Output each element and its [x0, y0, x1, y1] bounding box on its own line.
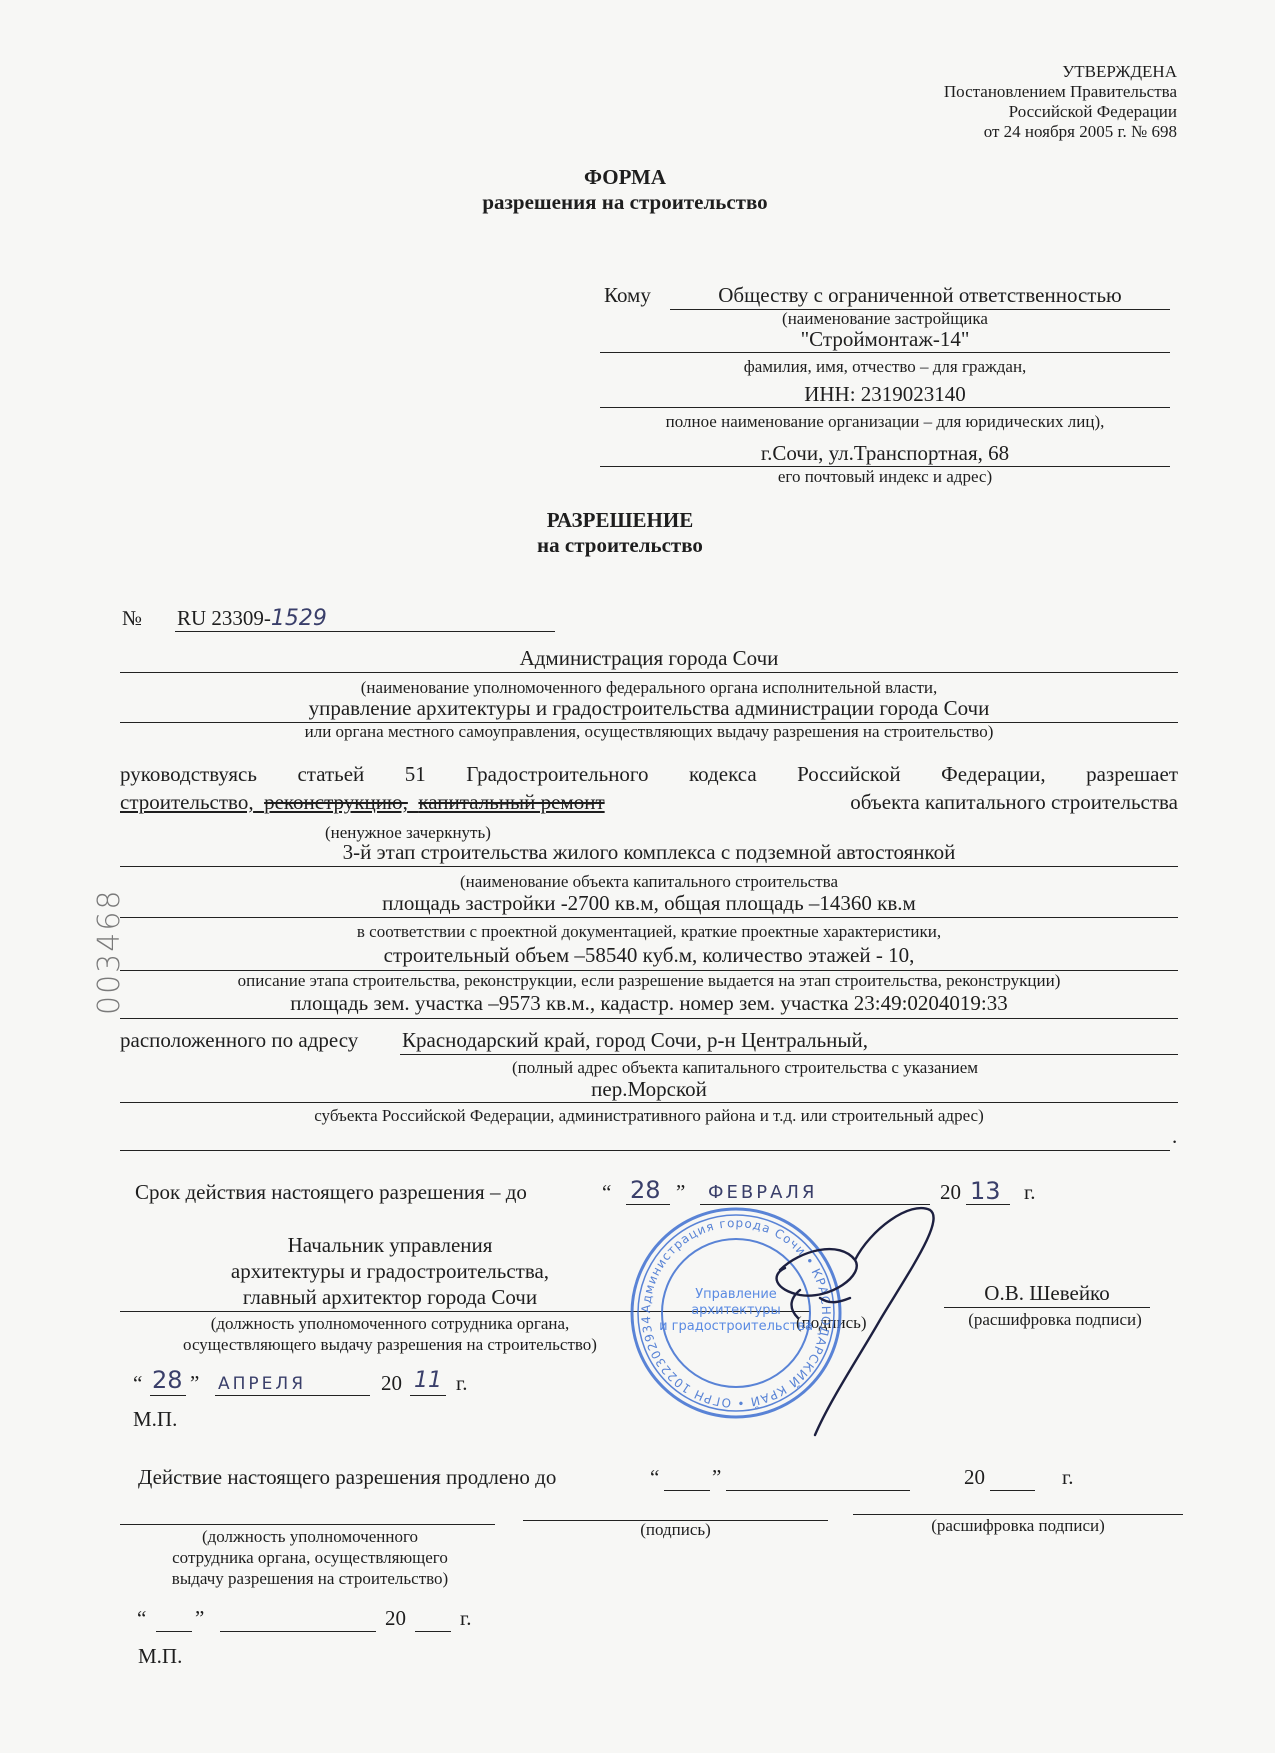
signatory-position-hint-2: осуществляющего выдачу разрешения на стр…: [120, 1334, 660, 1355]
extension-year-unit: г.: [1062, 1465, 1074, 1490]
validity-open-quote: “: [602, 1180, 611, 1205]
validity-year-suffix: 13: [970, 1177, 1001, 1205]
issue-year-unit: г.: [456, 1371, 468, 1396]
issue-day-line: [150, 1395, 186, 1396]
issuer-value-1: Администрация города Сочи: [120, 646, 1178, 671]
issue-year-suffix: 11: [414, 1368, 442, 1393]
object-line-2: [120, 917, 1178, 918]
issue-close-quote: ”: [190, 1371, 199, 1396]
issuer-value-2: управление архитектуры и градостроительс…: [120, 696, 1178, 721]
signatory-position-hint-1: (должность уполномоченного сотрудника ор…: [120, 1313, 660, 1334]
recipient-hint-3: полное наименование организации – для юр…: [600, 412, 1170, 432]
signatory-position: Начальник управления архитектуры и градо…: [120, 1232, 660, 1310]
extension-date-year-line: [415, 1631, 451, 1632]
issue-year-prefix: 20: [381, 1371, 402, 1396]
option-repair-struck: капитальный ремонт: [418, 790, 604, 814]
form-title-line-1: ФОРМА: [400, 165, 850, 190]
body-line-2-tail: объекта капитального строительства: [850, 790, 1178, 815]
validity-label: Срок действия настоящего разрешения – до: [135, 1180, 527, 1205]
address-hint-1: (полный адрес объекта капитального строи…: [512, 1058, 978, 1078]
recipient-value-3: ИНН: 2319023140: [600, 382, 1170, 407]
issuer-line-1: [120, 672, 1178, 673]
permit-number-prefix: RU 23309-: [177, 606, 271, 630]
extension-year-line: [990, 1490, 1035, 1491]
signatory-name-hint: (расшифровка подписи): [944, 1310, 1166, 1330]
extension-day-line: [664, 1490, 710, 1491]
validity-year-unit: г.: [1024, 1180, 1036, 1205]
object-hint-3: описание этапа строительства, реконструк…: [120, 971, 1178, 991]
address-value-1: Краснодарский край, город Сочи, р-н Цент…: [402, 1028, 868, 1053]
form-title: ФОРМА разрешения на строительство: [400, 165, 850, 215]
option-construction-text: строительство,: [120, 790, 254, 814]
issue-open-quote: “: [133, 1371, 142, 1396]
signatory-position-2: архитектуры и градостроительства,: [120, 1258, 660, 1284]
extension-position-hint: (должность уполномоченного сотрудника ор…: [120, 1526, 500, 1589]
extension-name-hint: (расшифровка подписи): [853, 1516, 1183, 1536]
address-line-1: [400, 1054, 1178, 1055]
permit-number-label: №: [122, 606, 142, 631]
address-line-3: [120, 1150, 1170, 1151]
signatory-name-line: [944, 1307, 1150, 1308]
approval-block: УТВЕРЖДЕНА Постановлением Правительства …: [944, 62, 1177, 142]
permit-number-handwritten: 1529: [271, 606, 327, 631]
body-line-1: руководствуясь статьей 51 Градостроитель…: [120, 762, 1178, 787]
permit-title: РАЗРЕШЕНИЕ на строительство: [420, 508, 820, 558]
extension-position-hint-3: выдачу разрешения на строительство): [120, 1568, 500, 1589]
issue-month: АПРЕЛЯ: [218, 1374, 306, 1394]
recipient-value-4: г.Сочи, ул.Транспортная, 68: [600, 441, 1170, 466]
recipient-line-2: [600, 352, 1170, 353]
extension-month-line: [726, 1490, 910, 1491]
extension-year-prefix: 20: [964, 1465, 985, 1490]
validity-close-quote: ”: [676, 1180, 685, 1205]
validity-year-line: [966, 1204, 1010, 1205]
signatory-position-hint: (должность уполномоченного сотрудника ор…: [120, 1313, 660, 1355]
extension-position-hint-2: сотрудника органа, осуществляющего: [120, 1547, 500, 1568]
address-trailing-dot: .: [1172, 1124, 1177, 1149]
object-value-1: 3-й этап строительства жилого комплекса …: [120, 840, 1178, 865]
address-hint-2: субъекта Российской Федерации, администр…: [120, 1106, 1178, 1126]
permit-number-line: [175, 631, 555, 632]
option-construction: строительство, реконструкцию, капитальны…: [120, 790, 605, 815]
extension-position-hint-1: (должность уполномоченного: [120, 1526, 500, 1547]
extension-date-open-quote: “: [137, 1606, 146, 1631]
validity-day: 28: [630, 1176, 661, 1204]
signatory-name: О.В. Шевейко: [944, 1281, 1150, 1306]
recipient-value-2: "Строймонтаж-14": [600, 327, 1170, 352]
object-value-2: площадь застройки -2700 кв.м, общая площ…: [120, 891, 1178, 916]
serial-number: 003468: [92, 888, 127, 1015]
option-reconstruction-struck: реконструкцию,: [264, 790, 408, 814]
extension-date-year-unit: г.: [460, 1606, 472, 1631]
object-line-4: [120, 1018, 1178, 1019]
extension-signature-hint: (подпись): [523, 1520, 828, 1540]
body-line-2: строительство, реконструкцию, капитальны…: [120, 790, 1178, 815]
recipient-value-1: Обществу с ограниченной ответственностью: [670, 283, 1170, 308]
address-label: расположенного по адресу: [120, 1028, 358, 1053]
object-value-4: площадь зем. участка –9573 кв.м., кадаст…: [120, 991, 1178, 1016]
issuer-hint-2: или органа местного самоуправления, осущ…: [120, 722, 1178, 742]
extension-date-month-line: [220, 1631, 376, 1632]
extension-date-seal-label: М.П.: [138, 1644, 182, 1669]
permit-number: RU 23309-1529: [177, 606, 327, 631]
permit-title-line-1: РАЗРЕШЕНИЕ: [420, 508, 820, 533]
extension-label: Действие настоящего разрешения продлено …: [138, 1465, 556, 1490]
recipient-hint-2: фамилия, имя, отчество – для граждан,: [600, 357, 1170, 377]
issue-year-line: [410, 1395, 446, 1396]
extension-name-line: [853, 1514, 1183, 1515]
approval-line-2: Постановлением Правительства: [944, 82, 1177, 102]
permit-title-line-2: на строительство: [420, 533, 820, 558]
issuer-hint-1: (наименование уполномоченного федерально…: [120, 678, 1178, 698]
issue-day: 28: [152, 1366, 183, 1394]
extension-date-day-line: [156, 1631, 192, 1632]
extension-date-year-prefix: 20: [385, 1606, 406, 1631]
signatory-position-1: Начальник управления: [120, 1232, 660, 1258]
extension-open-quote: “: [650, 1465, 659, 1490]
recipient-hint-1: (наименование застройщика: [600, 309, 1170, 329]
object-hint-1: (наименование объекта капитального строи…: [120, 872, 1178, 892]
approval-line-3: Российской Федерации: [944, 102, 1177, 122]
object-hint-2: в соответствии с проектной документацией…: [120, 922, 1178, 942]
extension-date-close-quote: ”: [195, 1606, 204, 1631]
issue-seal-label: М.П.: [133, 1407, 177, 1432]
form-title-line-2: разрешения на строительство: [400, 190, 850, 215]
approval-line-1: УТВЕРЖДЕНА: [944, 62, 1177, 82]
address-value-2: пер.Морской: [120, 1077, 1178, 1102]
issue-month-line: [215, 1395, 370, 1396]
approval-line-4: от 24 ноября 2005 г. № 698: [944, 122, 1177, 142]
object-value-3: строительный объем –58540 куб.м, количес…: [120, 943, 1178, 968]
signature-icon: [760, 1190, 950, 1440]
signatory-position-3: главный архитектор города Сочи: [120, 1284, 660, 1310]
address-line-2: [120, 1102, 1178, 1103]
recipient-line-3: [600, 407, 1170, 408]
extension-position-line: [120, 1524, 495, 1525]
recipient-hint-4: его почтовый индекс и адрес): [600, 467, 1170, 487]
recipient-label: Кому: [604, 283, 651, 308]
object-line-1: [120, 866, 1178, 867]
extension-close-quote: ”: [712, 1465, 721, 1490]
